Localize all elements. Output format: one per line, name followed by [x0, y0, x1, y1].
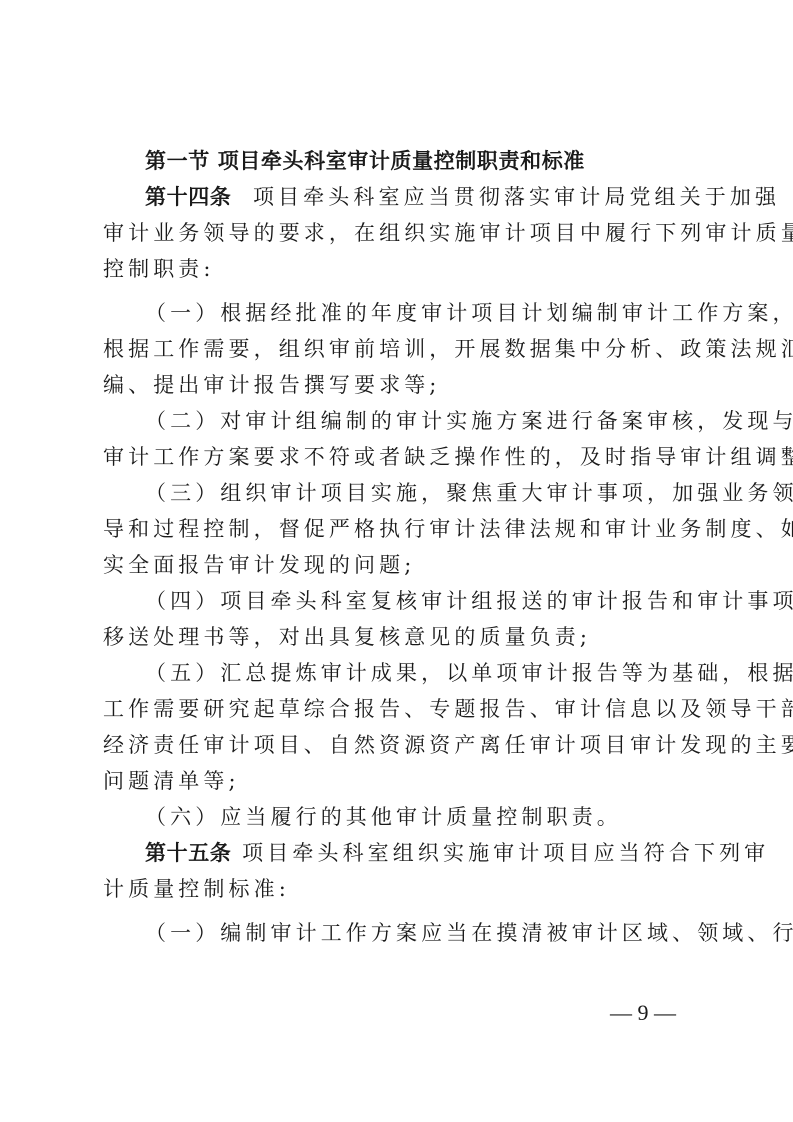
article-15-first-line: 第十五条 项目牵头科室组织实施审计项目应当符合下列审 — [145, 840, 693, 866]
article-14-text: 项目牵头科室应当贯彻落实审计局党组关于加强 — [231, 185, 780, 209]
article-14-item-5-line: 问题清单等; — [103, 768, 693, 794]
article-14-item-5: （五）汇总提炼审计成果，以单项审计报告等为基础，根据 — [145, 660, 693, 686]
article-14-item-1: （一）根据经批准的年度审计项目计划编制审计工作方案， — [145, 300, 693, 326]
article-14-item-2: （二）对审计组编制的审计实施方案进行备案审核，发现与 — [145, 408, 693, 434]
article-15-label: 第十五条 — [145, 841, 231, 865]
article-14-item-3-line: 实全面报告审计发现的问题; — [103, 552, 693, 578]
section-heading: 第一节 项目牵头科室审计质量控制职责和标准 — [145, 148, 693, 174]
article-14-item-3: （三）组织审计项目实施，聚焦重大审计事项，加强业务领 — [145, 480, 693, 506]
article-14-label: 第十四条 — [145, 185, 231, 209]
article-14-item-4: （四）项目牵头科室复核审计组报送的审计报告和审计事项 — [145, 588, 693, 614]
article-14-item-5-line: 经济责任审计项目、自然资源资产离任审计项目审计发现的主要 — [103, 732, 693, 758]
article-14-item-4-line: 移送处理书等，对出具复核意见的质量负责; — [103, 624, 693, 650]
article-14-first-line: 第十四条 项目牵头科室应当贯彻落实审计局党组关于加强 — [145, 184, 693, 210]
article-14-item-3-line: 导和过程控制，督促严格执行审计法律法规和审计业务制度、如 — [103, 516, 693, 542]
article-14-item-5-line: 工作需要研究起草综合报告、专题报告、审计信息以及领导干部 — [103, 696, 693, 722]
article-14-item-6: （六）应当履行的其他审计质量控制职责。 — [145, 804, 693, 830]
page-number: — 9 — — [598, 1000, 688, 1026]
article-15-line: 计质量控制标准: — [103, 876, 693, 902]
document-page: 第一节 项目牵头科室审计质量控制职责和标准 第十四条 项目牵头科室应当贯彻落实审… — [0, 0, 793, 1122]
article-14-line: 审计业务领导的要求，在组织实施审计项目中履行下列审计质量 — [103, 220, 693, 246]
article-15-text: 项目牵头科室组织实施审计项目应当符合下列审 — [231, 841, 769, 865]
article-14-item-1-line: 编、提出审计报告撰写要求等; — [103, 372, 693, 398]
article-14-item-1-line: 根据工作需要，组织审前培训，开展数据集中分析、政策法规汇 — [103, 336, 693, 362]
article-14-line: 控制职责: — [103, 256, 693, 282]
article-14-item-2-line: 审计工作方案要求不符或者缺乏操作性的，及时指导审计组调整; — [103, 444, 693, 470]
article-15-item-1: （一）编制审计工作方案应当在摸清被审计区域、领域、行 — [145, 920, 693, 946]
